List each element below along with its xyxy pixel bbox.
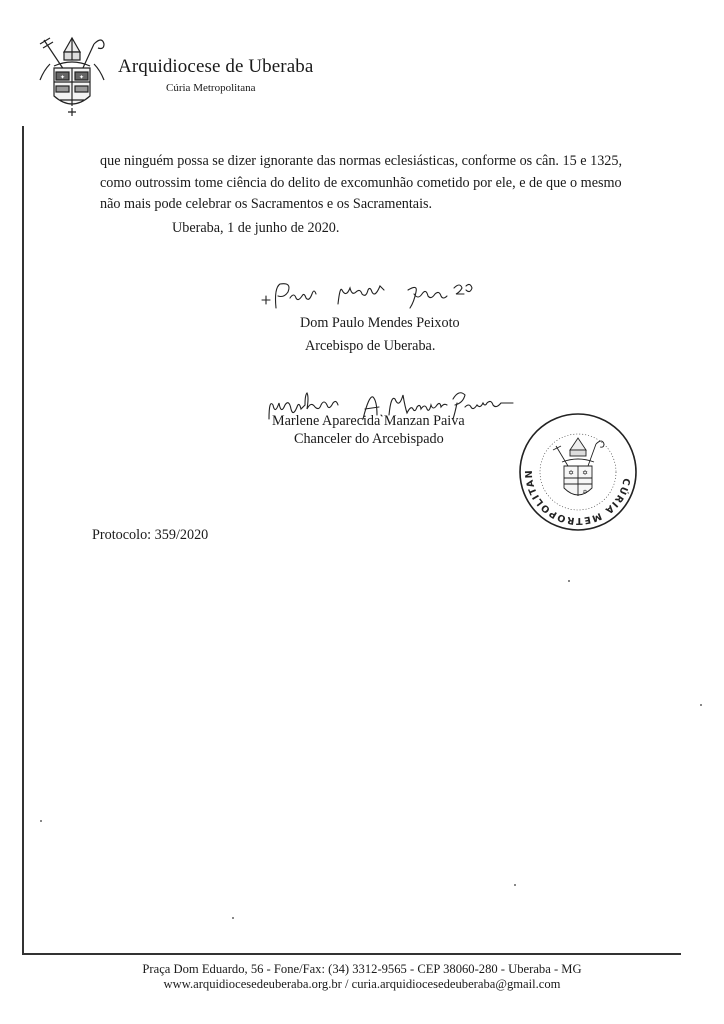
archbishop-name: Dom Paulo Mendes Peixoto xyxy=(300,315,460,332)
svg-text:✦: ✦ xyxy=(60,74,65,81)
scan-speck xyxy=(514,884,516,886)
svg-text:✡: ✡ xyxy=(582,469,588,477)
paragraph-line: que ninguém possa se dizer ignorante das… xyxy=(100,151,700,173)
svg-text:✡: ✡ xyxy=(568,469,574,477)
paragraph-line: como outrossim tome ciência do delito de… xyxy=(100,173,700,195)
svg-text:✡: ✡ xyxy=(582,489,587,496)
archdiocese-coat-of-arms-icon: ✦ ✦ xyxy=(34,30,110,118)
curia-seal-stamp-icon: CÚRIA METROPOLITANA DE UBERABA - MG ✡ ✡ … xyxy=(516,410,640,534)
protocol-number: Protocolo: 359/2020 xyxy=(92,527,208,544)
paragraph-line: não mais pode celebrar os Sacramentos e … xyxy=(100,194,700,216)
scan-speck xyxy=(700,704,702,706)
archbishop-title: Arcebispo de Uberaba. xyxy=(305,338,435,355)
footer-address: Praça Dom Eduardo, 56 - Fone/Fax: (34) 3… xyxy=(0,962,724,977)
date-line: Uberaba, 1 de junho de 2020. xyxy=(172,220,339,237)
body-paragraph: que ninguém possa se dizer ignorante das… xyxy=(100,151,700,216)
scan-speck xyxy=(232,917,234,919)
archbishop-handwritten-signature xyxy=(258,278,498,314)
chancellor-title: Chanceler do Arcebispado xyxy=(294,431,444,448)
chancellor-name: Marlene Aparecida Manzan Paiva xyxy=(272,413,465,430)
organization-title: Arquidiocese de Uberaba xyxy=(118,56,313,78)
left-border-rule xyxy=(22,126,24,954)
scan-speck xyxy=(40,820,42,822)
footer-web-email: www.arquidiocesedeuberaba.org.br / curia… xyxy=(0,977,724,992)
bottom-border-rule xyxy=(22,953,681,955)
scan-speck xyxy=(568,580,570,582)
svg-text:✦: ✦ xyxy=(79,74,84,81)
organization-subtitle: Cúria Metropolitana xyxy=(166,82,256,94)
